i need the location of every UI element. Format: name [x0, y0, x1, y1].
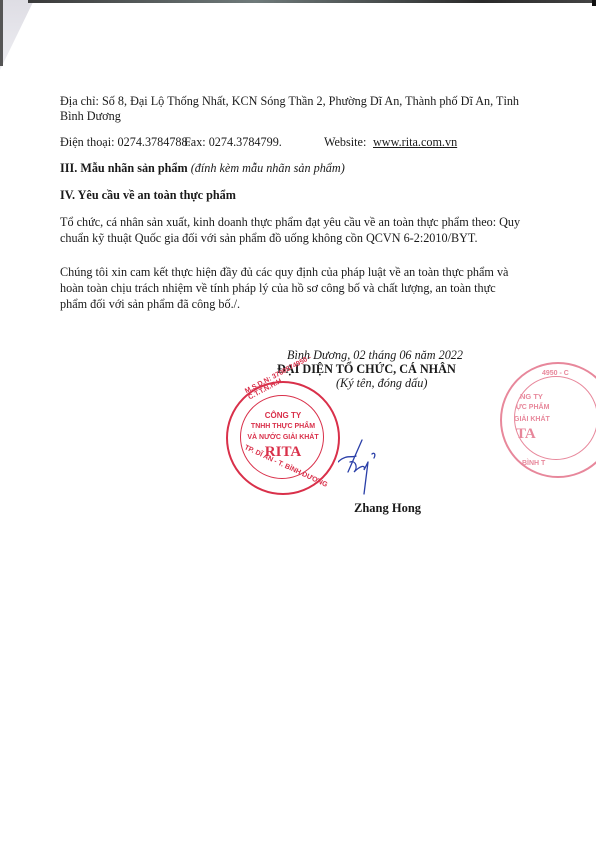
section3-note: (đính kèm mẫu nhãn sản phẩm) — [191, 161, 345, 175]
stamp-partial-ring-top: 4950 - C — [542, 370, 569, 377]
company-stamp: M.S.D.N: 3700574950 - C.T.T.N.H.H TP. DĨ… — [226, 381, 340, 495]
fax-text: Fax: 0274.3784799. — [184, 135, 282, 150]
para2-line3: phẩm đối với sản phẩm đã công bố./. — [60, 297, 240, 312]
scan-corner-artifact — [0, 0, 34, 70]
scan-edge-left — [0, 0, 3, 66]
company-stamp-partial: 4950 - C BÌNH T NG TY ỰC PHẨM GIẢI KHÁT … — [500, 362, 596, 478]
address-line-cont: Bình Dương — [60, 109, 121, 124]
section3-heading: III. Mẫu nhãn sản phẩm (đính kèm mẫu nhã… — [60, 161, 345, 176]
signature-note: (Ký tên, đóng dấu) — [336, 376, 427, 391]
stamp-line3: VÀ NƯỚC GIẢI KHÁT — [228, 434, 338, 441]
stamp-partial-line2: ỰC PHẨM — [516, 404, 549, 411]
stamp-line2: TNHH THỰC PHẨM — [228, 423, 338, 430]
stamp-partial-line3: GIẢI KHÁT — [514, 416, 550, 423]
phone-text: Điện thoại: 0274.3784788. — [60, 135, 191, 149]
section4-title: IV. Yêu cầu về an toàn thực phẩm — [60, 188, 236, 203]
stamp-line1: CÔNG TY — [228, 411, 338, 420]
scan-edge-mark — [592, 0, 596, 6]
website-label: Website: — [324, 135, 366, 150]
stamp-partial-brand: TA — [516, 426, 536, 443]
signer-name: Zhang Hong — [354, 501, 421, 516]
para2-line1: Chúng tôi xin cam kết thực hiện đầy đủ c… — [60, 265, 508, 280]
section3-title: III. Mẫu nhãn sản phẩm — [60, 161, 188, 175]
para2-line2: hoàn toàn chịu trách nhiệm về tính pháp … — [60, 281, 496, 296]
contact-row: Điện thoại: 0274.3784788. Fax: 0274.3784… — [60, 135, 191, 150]
stamp-partial-line1: NG TY — [520, 392, 543, 401]
website-link[interactable]: www.rita.com.vn — [373, 135, 457, 150]
para1-line2: chuẩn kỹ thuật Quốc gia đối với sản phẩm… — [60, 231, 478, 246]
scan-edge-top — [28, 0, 596, 3]
stamp-brand: RITA — [228, 444, 338, 461]
address-line: Địa chỉ: Số 8, Đại Lộ Thống Nhất, KCN Só… — [60, 94, 519, 109]
handwritten-signature-icon — [338, 432, 398, 502]
stamp-partial-ring-bottom: BÌNH T — [522, 460, 545, 467]
para1-line1: Tổ chức, cá nhân sản xuất, kinh doanh th… — [60, 215, 520, 230]
